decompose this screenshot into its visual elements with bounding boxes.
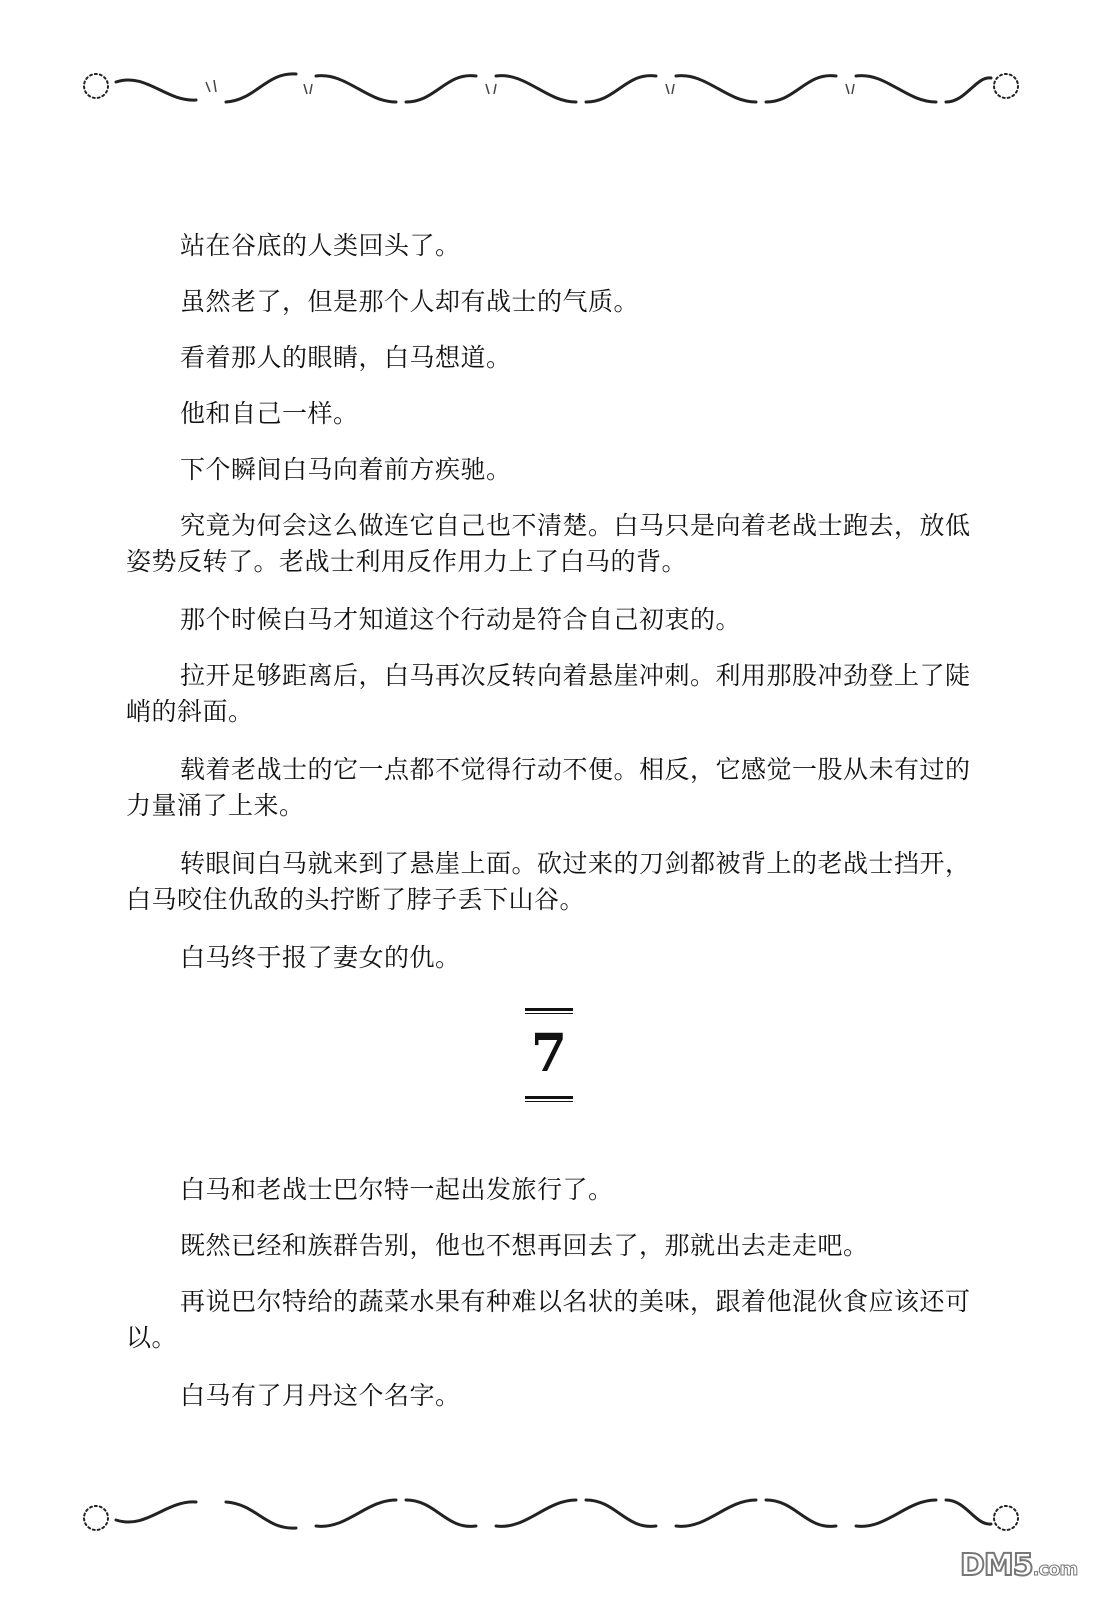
- paragraph: 他和自己一样。: [126, 396, 986, 432]
- watermark-main: DM5: [960, 1548, 1033, 1583]
- chapter-number: 7: [524, 1014, 574, 1096]
- paragraph: 载着老战士的它一点都不觉得行动不便。相反，它感觉一股从未有过的力量涌了上来。: [126, 752, 986, 824]
- chapter-heading: 7: [524, 1008, 574, 1102]
- paragraph: 虽然老了，但是那个人却有战士的气质。: [126, 284, 986, 320]
- paragraph: 转眼间白马就来到了悬崖上面。砍过来的刀剑都被背上的老战士挡开，白马咬住仇敌的头拧…: [126, 846, 986, 918]
- paragraph: 白马和老战士巴尔特一起出发旅行了。: [126, 1172, 986, 1208]
- paragraph: 站在谷底的人类回头了。: [126, 228, 986, 264]
- paragraph: 下个瞬间白马向着前方疾驰。: [126, 452, 986, 488]
- top-ornament-divider: [76, 62, 1026, 112]
- paragraph: 既然已经和族群告别，他也不想再回去了，那就出去走走吧。: [126, 1228, 986, 1264]
- paragraph: 那个时候白马才知道这个行动是符合自己初衷的。: [126, 602, 986, 638]
- paragraph: 究竟为何会这么做连它自己也不清楚。白马只是向着老战士跑去，放低姿势反转了。老战士…: [126, 508, 986, 580]
- bottom-ornament-divider: [76, 1490, 1026, 1540]
- watermark-suffix: .com: [1033, 1559, 1078, 1580]
- chapter-rule-bottom: [525, 1096, 573, 1102]
- paragraph: 白马有了月丹这个名字。: [126, 1378, 986, 1414]
- paragraph: 拉开足够距离后，白马再次反转向着悬崖冲刺。利用那股冲劲登上了陡峭的斜面。: [126, 658, 986, 730]
- site-watermark: DM5.com: [960, 1548, 1077, 1583]
- paragraph: 白马终于报了妻女的仇。: [126, 940, 986, 976]
- paragraph: 再说巴尔特给的蔬菜水果有种难以名状的美味，跟着他混伙食应该还可以。: [126, 1284, 986, 1356]
- paragraph: 看着那人的眼睛，白马想道。: [126, 340, 986, 376]
